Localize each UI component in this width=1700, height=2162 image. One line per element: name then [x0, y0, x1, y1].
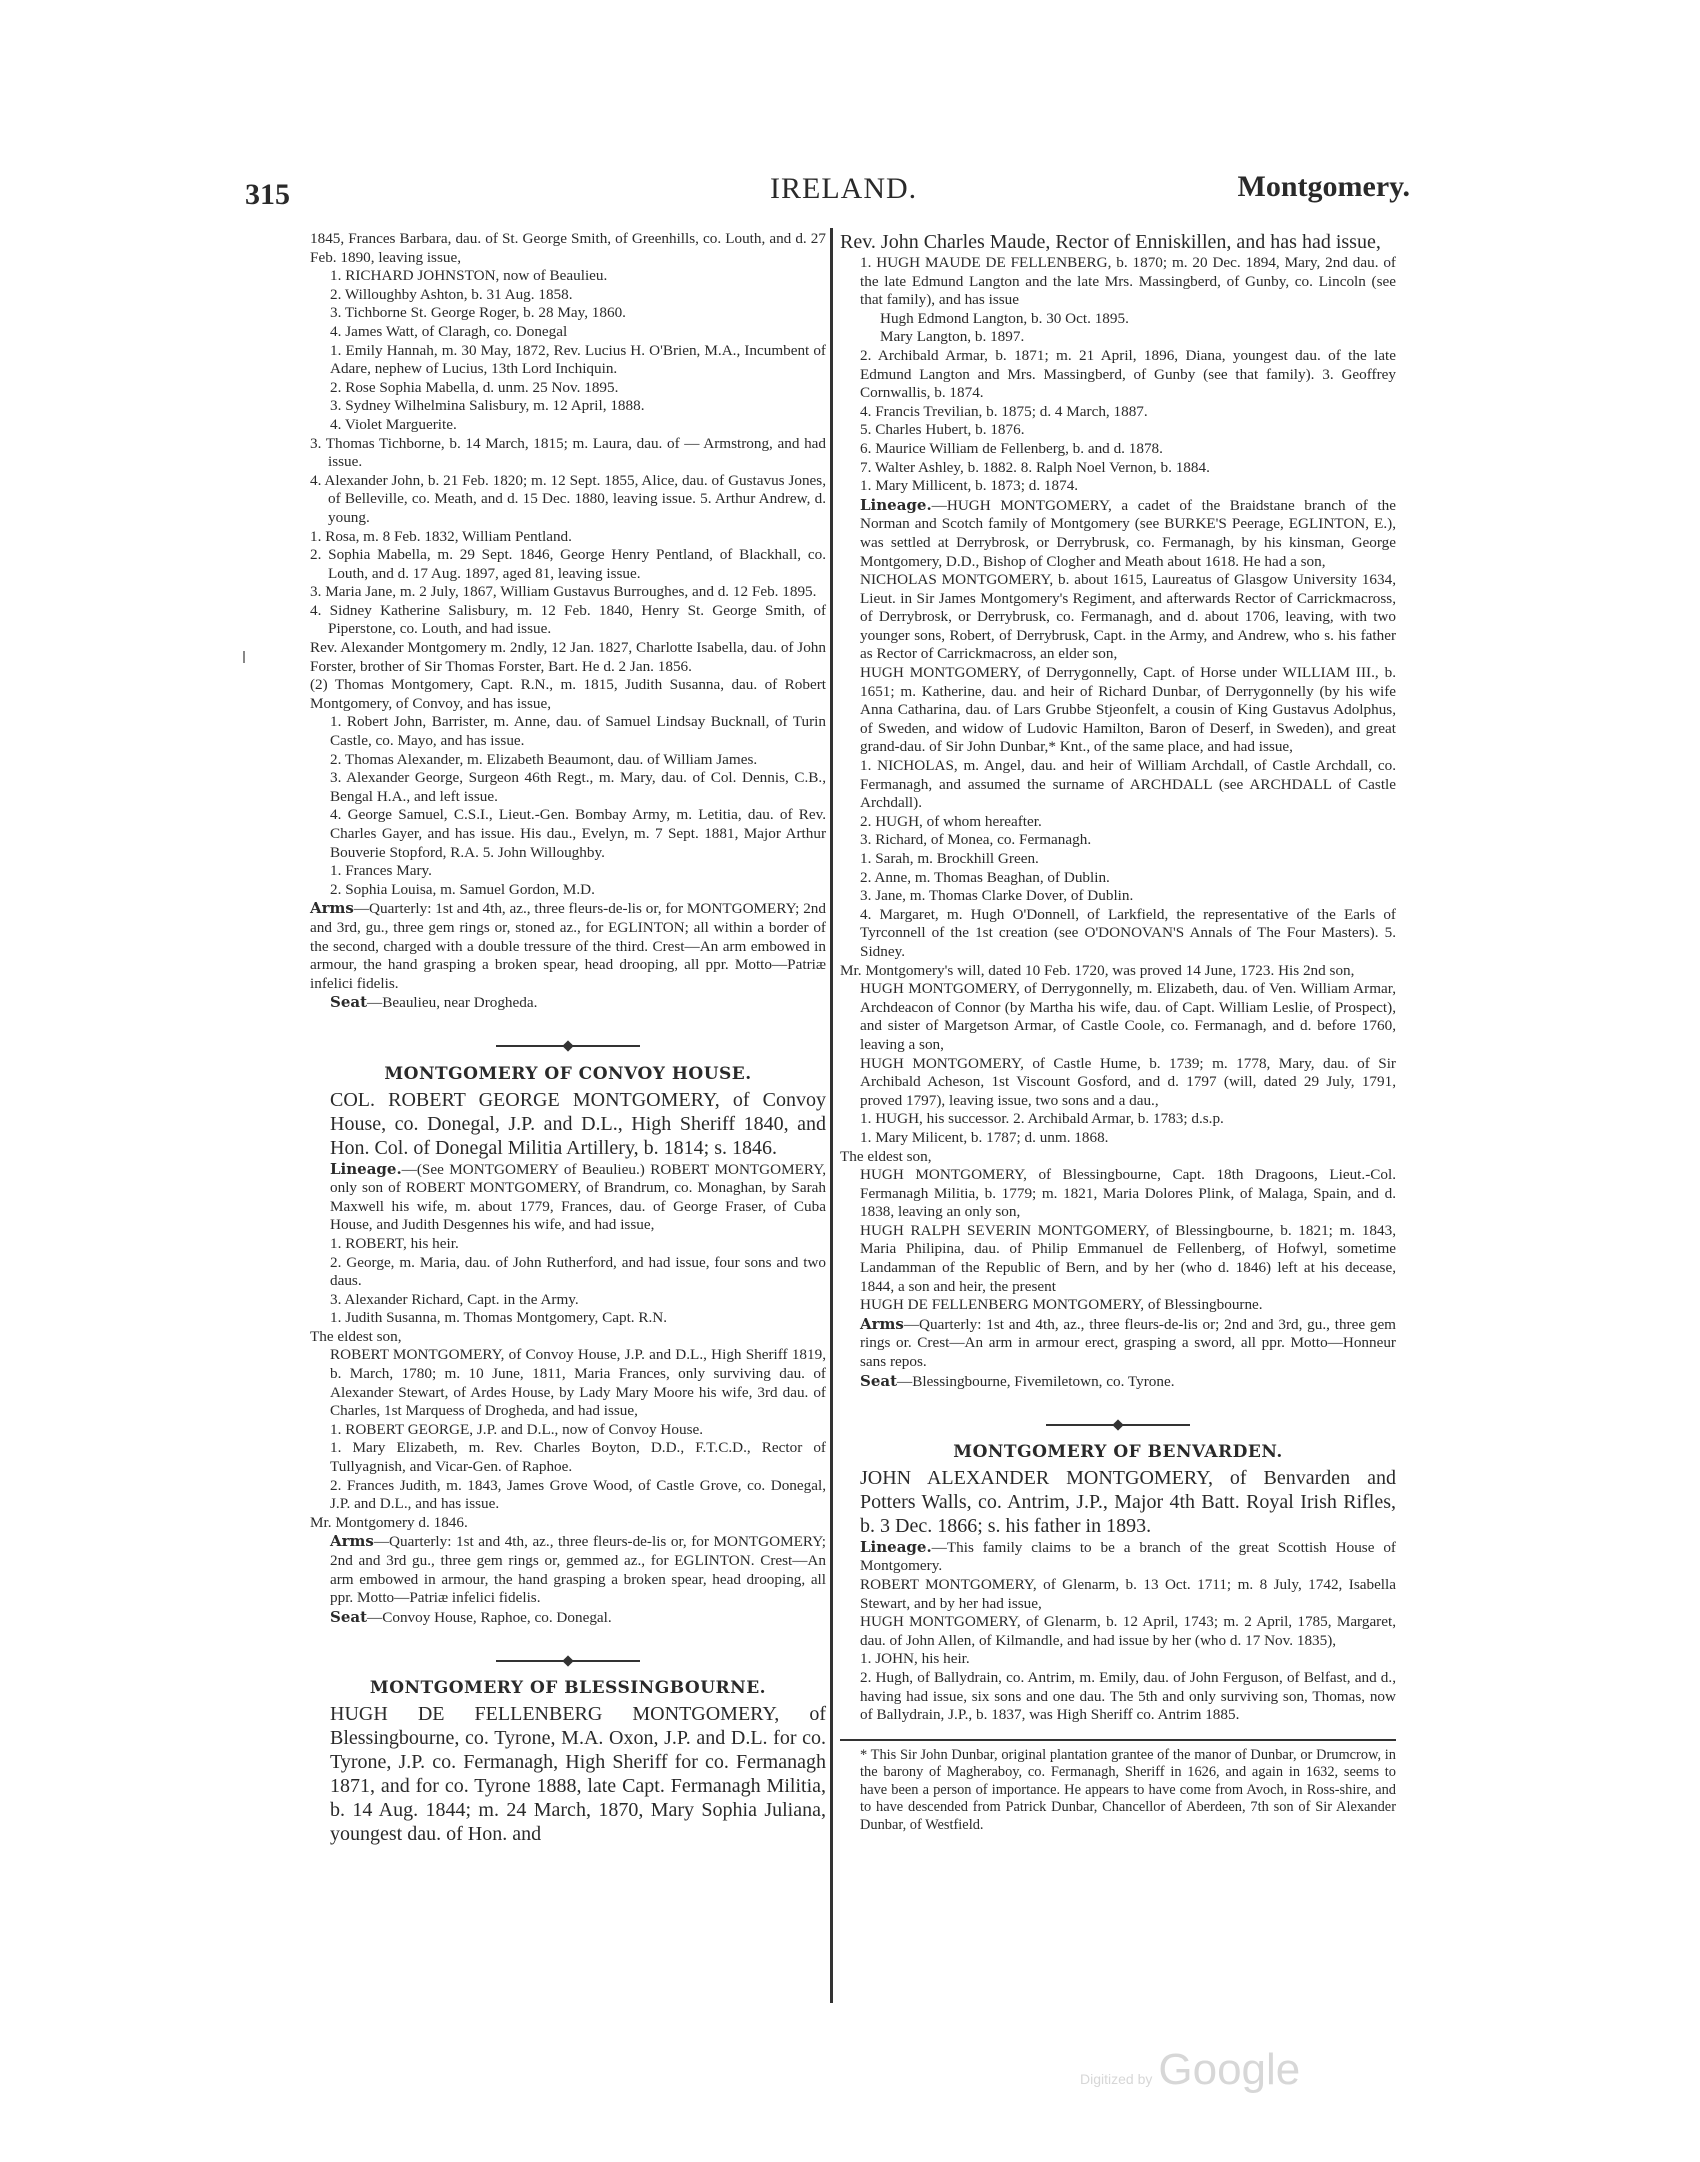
- list-item: 4. Margaret, m. Hugh O'Donnell, of Larkf…: [840, 906, 1396, 962]
- paragraph: HUGH MONTGOMERY, of Glenarm, b. 12 April…: [840, 1613, 1396, 1650]
- paragraph: ROBERT MONTGOMERY, of Convoy House, J.P.…: [310, 1346, 826, 1420]
- section-divider: [310, 1037, 826, 1047]
- seat-text: —Convoy House, Raphoe, co. Donegal.: [367, 1609, 612, 1626]
- arms-paragraph: Arms—Quarterly: 1st and 4th, az., three …: [310, 899, 826, 993]
- lineage-label: Lineage.: [860, 496, 932, 514]
- lineage-label: Lineage.: [330, 1160, 402, 1178]
- list-item: 1. Emily Hannah, m. 30 May, 1872, Rev. L…: [310, 342, 826, 379]
- paragraph: HUGH RALPH SEVERIN MONTGOMERY, of Blessi…: [840, 1222, 1396, 1296]
- list-item: 2. HUGH, of whom hereafter.: [840, 813, 1396, 832]
- list-item: 2. Sophia Louisa, m. Samuel Gordon, M.D.: [310, 881, 826, 900]
- lineage-text: —This family claims to be a branch of th…: [860, 1539, 1396, 1575]
- seat-text: —Beaulieu, near Drogheda.: [367, 994, 537, 1011]
- arms-text: —Quarterly: 1st and 4th, az., three fleu…: [310, 900, 826, 991]
- lead-paragraph: HUGH DE FELLENBERG MONTGOMERY, of Blessi…: [310, 1702, 826, 1846]
- paragraph: Mr. Montgomery's will, dated 10 Feb. 172…: [840, 962, 1396, 981]
- list-item: 3. Maria Jane, m. 2 July, 1867, William …: [310, 583, 826, 602]
- footnote: * This Sir John Dunbar, original plantat…: [840, 1747, 1396, 1835]
- list-item: 2. Willoughby Ashton, b. 31 Aug. 1858.: [310, 286, 826, 305]
- page-number: 315: [245, 178, 290, 212]
- seat-paragraph: Seat—Blessingbourne, Fivemiletown, co. T…: [840, 1372, 1396, 1392]
- paragraph: The eldest son,: [840, 1148, 1396, 1167]
- paragraph: HUGH MONTGOMERY, of Blessingbourne, Capt…: [840, 1166, 1396, 1222]
- list-item: 1. Frances Mary.: [310, 862, 826, 881]
- arms-paragraph: Arms—Quarterly: 1st and 4th, az., three …: [310, 1532, 826, 1607]
- section-divider: [840, 1415, 1396, 1425]
- footnote-rule: [840, 1739, 1396, 1741]
- paragraph: 1845, Frances Barbara, dau. of St. Georg…: [310, 230, 826, 267]
- list-item: 7. Walter Ashley, b. 1882. 8. Ralph Noel…: [840, 459, 1396, 478]
- arms-label: Arms: [860, 1315, 904, 1333]
- list-item: 1. Sarah, m. Brockhill Green.: [840, 850, 1396, 869]
- list-item: 4. Sidney Katherine Salisbury, m. 12 Feb…: [310, 602, 826, 639]
- lead-paragraph: COL. ROBERT GEORGE MONTGOMERY, of Convoy…: [310, 1088, 826, 1160]
- lineage-paragraph: Lineage.—HUGH MONTGOMERY, a cadet of the…: [840, 496, 1396, 571]
- list-item: 3. Thomas Tichborne, b. 14 March, 1815; …: [310, 435, 826, 472]
- list-item: 1. Rosa, m. 8 Feb. 1832, William Pentlan…: [310, 528, 826, 547]
- section-heading-benvarden: MONTGOMERY OF BENVARDEN.: [840, 1443, 1396, 1462]
- paragraph: HUGH MONTGOMERY, of Derrygonnelly, m. El…: [840, 980, 1396, 1054]
- list-item: Mary Langton, b. 1897.: [840, 328, 1396, 347]
- list-item: 1. RICHARD JOHNSTON, now of Beaulieu.: [310, 267, 826, 286]
- list-item: 3. Alexander Richard, Capt. in the Army.: [310, 1291, 826, 1310]
- list-item: Hugh Edmond Langton, b. 30 Oct. 1895.: [840, 310, 1396, 329]
- list-item: 2. Frances Judith, m. 1843, James Grove …: [310, 1477, 826, 1514]
- seat-label: Seat: [330, 993, 367, 1011]
- section-divider: [310, 1651, 826, 1661]
- arms-label: Arms: [310, 899, 354, 917]
- list-item: 1. HUGH, his successor. 2. Archibald Arm…: [840, 1110, 1396, 1129]
- lead-paragraph: JOHN ALEXANDER MONTGOMERY, of Benvarden …: [840, 1466, 1396, 1538]
- list-item: 2. Anne, m. Thomas Beaghan, of Dublin.: [840, 869, 1396, 888]
- list-item: 5. Charles Hubert, b. 1876.: [840, 421, 1396, 440]
- paragraph: HUGH MONTGOMERY, of Castle Hume, b. 1739…: [840, 1055, 1396, 1111]
- list-item: 4. Francis Trevilian, b. 1875; d. 4 Marc…: [840, 403, 1396, 422]
- list-item: 3. Richard, of Monea, co. Fermanagh.: [840, 831, 1396, 850]
- left-column: 1845, Frances Barbara, dau. of St. Georg…: [310, 230, 826, 1846]
- paragraph: The eldest son,: [310, 1328, 826, 1347]
- column-rule: [830, 228, 833, 2003]
- paragraph: HUGH DE FELLENBERG MONTGOMERY, of Blessi…: [840, 1296, 1396, 1315]
- edge-mark: [243, 651, 245, 663]
- seat-label: Seat: [860, 1372, 897, 1390]
- right-column: Rev. John Charles Maude, Rector of Ennis…: [840, 230, 1396, 1834]
- list-item: 2. George, m. Maria, dau. of John Ruther…: [310, 1254, 826, 1291]
- arms-text: —Quarterly: 1st and 4th, az., three fleu…: [330, 1533, 826, 1606]
- lineage-text: —(See MONTGOMERY of Beaulieu.) ROBERT MO…: [330, 1161, 826, 1234]
- list-item: 1. Mary Elizabeth, m. Rev. Charles Boyto…: [310, 1439, 826, 1476]
- google-watermark: Digitized byGoogle: [1080, 2045, 1300, 2095]
- list-item: 1. NICHOLAS, m. Angel, dau. and heir of …: [840, 757, 1396, 813]
- list-item: 1. Judith Susanna, m. Thomas Montgomery,…: [310, 1309, 826, 1328]
- paragraph: ROBERT MONTGOMERY, of Glenarm, b. 13 Oct…: [840, 1576, 1396, 1613]
- list-item: 3. Alexander George, Surgeon 46th Regt.,…: [310, 769, 826, 806]
- list-item: 1. Robert John, Barrister, m. Anne, dau.…: [310, 713, 826, 750]
- list-item: 1. HUGH MAUDE DE FELLENBERG, b. 1870; m.…: [840, 254, 1396, 310]
- list-item: 1. JOHN, his heir.: [840, 1650, 1396, 1669]
- watermark-brand: Google: [1158, 2045, 1300, 2094]
- list-item: 3. Sydney Wilhelmina Salisbury, m. 12 Ap…: [310, 397, 826, 416]
- list-item: 2. Sophia Mabella, m. 29 Sept. 1846, Geo…: [310, 546, 826, 583]
- list-item: 4. Alexander John, b. 21 Feb. 1820; m. 1…: [310, 472, 826, 528]
- list-item: 2. Thomas Alexander, m. Elizabeth Beaumo…: [310, 751, 826, 770]
- seat-label: Seat: [330, 1608, 367, 1626]
- list-item: 6. Maurice William de Fellenberg, b. and…: [840, 440, 1396, 459]
- arms-text: —Quarterly: 1st and 4th, az., three fleu…: [860, 1316, 1396, 1370]
- watermark-prefix: Digitized by: [1080, 2071, 1152, 2087]
- lineage-label: Lineage.: [860, 1538, 932, 1556]
- seat-paragraph: Seat—Convoy House, Raphoe, co. Donegal.: [310, 1608, 826, 1628]
- list-item: 4. Violet Marguerite.: [310, 416, 826, 435]
- seat-paragraph: Seat—Beaulieu, near Drogheda.: [310, 993, 826, 1013]
- arms-label: Arms: [330, 1532, 374, 1550]
- list-item: 3. Jane, m. Thomas Clarke Dover, of Dubl…: [840, 887, 1396, 906]
- list-item: 2. Hugh, of Ballydrain, co. Antrim, m. E…: [840, 1669, 1396, 1725]
- running-title: Montgomery.: [1238, 170, 1410, 204]
- list-item: 2. Archibald Armar, b. 1871; m. 21 April…: [840, 347, 1396, 403]
- list-item: 1. ROBERT, his heir.: [310, 1235, 826, 1254]
- paragraph: NICHOLAS MONTGOMERY, b. about 1615, Laur…: [840, 571, 1396, 664]
- section-heading-convoy: MONTGOMERY OF CONVOY HOUSE.: [310, 1065, 826, 1084]
- paragraph: Rev. Alexander Montgomery m. 2ndly, 12 J…: [310, 639, 826, 676]
- lineage-paragraph: Lineage.—(See MONTGOMERY of Beaulieu.) R…: [310, 1160, 826, 1235]
- lineage-paragraph: Lineage.—This family claims to be a bran…: [840, 1538, 1396, 1576]
- lineage-text: —HUGH MONTGOMERY, a cadet of the Braidst…: [860, 497, 1396, 570]
- list-item: 3. Tichborne St. George Roger, b. 28 May…: [310, 304, 826, 323]
- paragraph: HUGH MONTGOMERY, of Derrygonnelly, Capt.…: [840, 664, 1396, 757]
- paragraph: (2) Thomas Montgomery, Capt. R.N., m. 18…: [310, 676, 826, 713]
- section-heading-blessingbourne: MONTGOMERY OF BLESSINGBOURNE.: [310, 1679, 826, 1698]
- list-item: 1. Mary Milicent, b. 1787; d. unm. 1868.: [840, 1129, 1396, 1148]
- paragraph: Mr. Montgomery d. 1846.: [310, 1514, 826, 1533]
- lead-continuation: Rev. John Charles Maude, Rector of Ennis…: [840, 230, 1396, 254]
- arms-paragraph: Arms—Quarterly: 1st and 4th, az., three …: [840, 1315, 1396, 1372]
- list-item: 4. George Samuel, C.S.I., Lieut.-Gen. Bo…: [310, 806, 826, 862]
- list-item: 2. Rose Sophia Mabella, d. unm. 25 Nov. …: [310, 379, 826, 398]
- list-item: 1. Mary Millicent, b. 1873; d. 1874.: [840, 477, 1396, 496]
- list-item: 1. ROBERT GEORGE, J.P. and D.L., now of …: [310, 1421, 826, 1440]
- running-head: IRELAND.: [770, 172, 917, 206]
- seat-text: —Blessingbourne, Fivemiletown, co. Tyron…: [897, 1373, 1174, 1390]
- list-item: 4. James Watt, of Claragh, co. Donegal: [310, 323, 826, 342]
